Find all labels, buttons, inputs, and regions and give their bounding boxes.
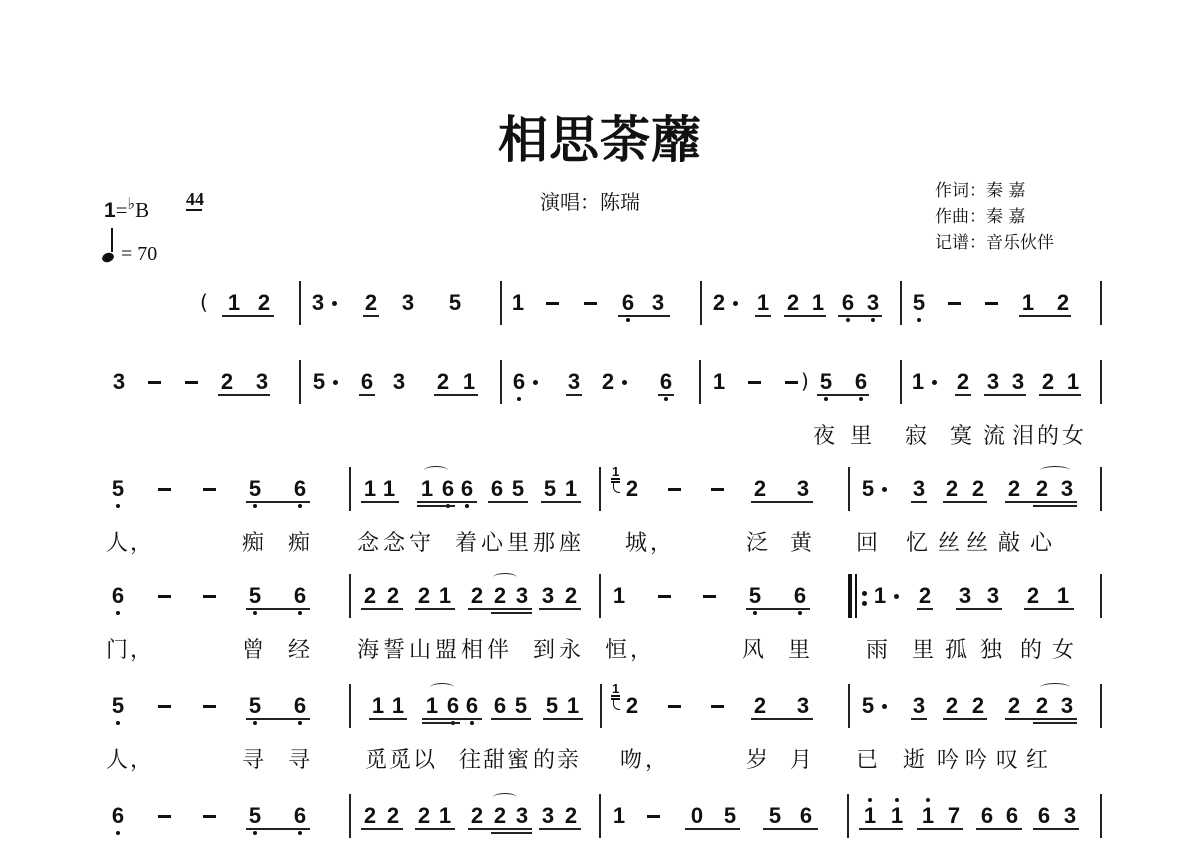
lyric-char: 门 <box>106 633 128 664</box>
tempo-marking: = 70 <box>102 236 157 266</box>
note-digit: 5 <box>313 369 325 394</box>
note-digit: 6 <box>800 803 812 828</box>
beam-underline <box>955 394 971 396</box>
credits: 作词：秦 嘉 作曲：秦 嘉 记谱：音乐伙伴 <box>935 178 1054 256</box>
barline <box>349 574 351 618</box>
note: 2 <box>1034 478 1050 500</box>
note-digit: 6 <box>112 803 124 828</box>
lyric-char: 寻 <box>288 743 310 774</box>
beam-underline <box>361 608 403 610</box>
extension-dash <box>185 381 198 384</box>
note-digit: 3 <box>1061 476 1073 501</box>
note-digit: 5 <box>112 693 124 718</box>
note-digit: 5 <box>546 693 558 718</box>
lower-octave-dot <box>116 504 120 508</box>
time-sig-bottom: 4 <box>195 189 204 209</box>
note-digit: 2 <box>1008 693 1020 718</box>
lower-octave-dot <box>470 721 474 725</box>
lyric-char: 风 <box>742 633 764 664</box>
note-digit: 2 <box>258 290 270 315</box>
note-digit: 6 <box>461 476 473 501</box>
lyric-char: 月 <box>790 743 812 774</box>
lower-octave-dot <box>298 504 302 508</box>
note: 5 <box>247 585 263 607</box>
note: 2 <box>944 695 960 717</box>
beam-underline <box>859 828 903 830</box>
lyric-char: 觅 <box>365 743 387 774</box>
note: 6 <box>1036 805 1052 827</box>
note: 1 <box>910 371 926 393</box>
lyric-char: ， <box>630 633 652 664</box>
augmentation-dot <box>622 380 627 385</box>
note: 2 <box>1006 478 1022 500</box>
note: 6 <box>979 805 995 827</box>
note: 2 <box>492 585 508 607</box>
grace-beam <box>611 695 620 697</box>
lyric-char: 的 <box>533 743 555 774</box>
note-digit: 1 <box>512 290 524 315</box>
lower-octave-dot <box>253 504 257 508</box>
note: 2 <box>970 695 986 717</box>
note-digit: 5 <box>249 803 261 828</box>
note: 3 <box>795 695 811 717</box>
key-tonic: 1 <box>104 199 116 222</box>
note: 2 <box>563 805 579 827</box>
repeat-start-thick-bar <box>848 574 852 618</box>
note-digit: 5 <box>862 693 874 718</box>
slur-arc <box>1040 683 1070 692</box>
lyric-char: 流 <box>983 419 1005 450</box>
note: 2 <box>970 478 986 500</box>
note: 6 <box>620 292 636 314</box>
note: 3 <box>957 585 973 607</box>
beam-underline <box>415 608 455 610</box>
note-digit: 1 <box>383 476 395 501</box>
note-digit: 5 <box>544 476 556 501</box>
lower-octave-dot <box>626 318 630 322</box>
barline <box>599 467 601 511</box>
note-digit: 6 <box>622 290 634 315</box>
note-digit: 1 <box>713 369 725 394</box>
time-signature: 44 <box>186 190 204 208</box>
note: 1 <box>810 292 826 314</box>
lower-octave-dot <box>859 397 863 401</box>
lower-octave-dot <box>846 318 850 322</box>
lyric-char: 以 <box>413 743 435 774</box>
note: 5 <box>447 292 463 314</box>
lyric-char: 丝 <box>938 526 960 557</box>
lyric-char: 夜 <box>813 419 835 450</box>
note-digit: 5 <box>820 369 832 394</box>
note: 2 <box>362 585 378 607</box>
beam-underline <box>751 718 813 720</box>
grace-digit: 1 <box>612 464 619 479</box>
note-digit: 2 <box>565 803 577 828</box>
note-digit: 1 <box>439 583 451 608</box>
note: 1 <box>1055 585 1071 607</box>
note: 2 <box>563 585 579 607</box>
beam-underline <box>222 315 274 317</box>
beam-underline <box>817 394 869 396</box>
beam-underline <box>246 828 310 830</box>
lyric-char: 黄 <box>790 526 812 557</box>
barline <box>699 360 701 404</box>
note: 6 <box>840 292 856 314</box>
lyric-char: 永 <box>559 633 581 664</box>
lyric-char: 吟 <box>937 743 959 774</box>
note-digit: 5 <box>913 290 925 315</box>
lyric-char: 山 <box>409 633 431 664</box>
note-digit: 2 <box>946 693 958 718</box>
note-digit: 2 <box>1027 583 1039 608</box>
note: 2 <box>752 478 768 500</box>
lyric-char: 寂 <box>905 419 927 450</box>
note-digit: 1 <box>392 693 404 718</box>
note: 6 <box>110 585 126 607</box>
barline <box>847 794 849 838</box>
note-digit: 1 <box>567 693 579 718</box>
lower-octave-dot <box>753 611 757 615</box>
note-digit: 3 <box>913 476 925 501</box>
upper-octave-dot <box>895 798 899 802</box>
note-digit: 2 <box>471 583 483 608</box>
augmentation-dot <box>333 380 338 385</box>
lyric-char: 敲 <box>998 526 1020 557</box>
upper-octave-dot <box>868 798 872 802</box>
note-digit: 1 <box>1022 290 1034 315</box>
note-digit: 6 <box>447 693 459 718</box>
note-digit: 2 <box>972 476 984 501</box>
extension-dash <box>584 302 597 305</box>
barline <box>299 281 301 325</box>
lyric-char: 女 <box>1062 419 1084 450</box>
note: 3 <box>540 585 556 607</box>
grace-slur <box>613 483 620 493</box>
lyric-char: 的 <box>1020 633 1042 664</box>
note: 5 <box>513 695 529 717</box>
note-digit: 5 <box>515 693 527 718</box>
note: 2 <box>1055 292 1071 314</box>
note: 5 <box>247 695 263 717</box>
note: 1 <box>390 695 406 717</box>
beam-underline <box>543 718 583 720</box>
note: 5 <box>767 805 783 827</box>
extension-dash <box>948 302 961 305</box>
note: 5 <box>247 805 263 827</box>
note-digit: 1 <box>922 803 934 828</box>
grace-slur <box>613 700 620 710</box>
note: 1 <box>424 695 440 717</box>
beam-underline <box>1024 608 1074 610</box>
beam-underline <box>976 828 1022 830</box>
note-digit: 2 <box>221 369 233 394</box>
barline <box>900 360 902 404</box>
note: 2 <box>385 585 401 607</box>
beam-underline <box>917 828 963 830</box>
note: 1 <box>437 585 453 607</box>
note-digit: 3 <box>568 369 580 394</box>
note-digit: 3 <box>542 583 554 608</box>
note: 2 <box>416 585 432 607</box>
beam-underline <box>763 828 818 830</box>
quarter-note-stem <box>111 228 113 252</box>
note: 6 <box>440 478 456 500</box>
note: 3 <box>865 292 881 314</box>
note-digit: 3 <box>1061 693 1073 718</box>
note-digit: 2 <box>565 583 577 608</box>
note: 2 <box>1034 695 1050 717</box>
note-digit: 2 <box>1008 476 1020 501</box>
beam-underline <box>917 608 933 610</box>
note: 2 <box>363 292 379 314</box>
beam-underline <box>746 608 810 610</box>
beam-underline <box>361 828 403 830</box>
note-digit: 3 <box>402 290 414 315</box>
note: 3 <box>111 371 127 393</box>
slur-arc <box>493 573 517 582</box>
lyric-char: 里 <box>507 526 529 557</box>
lyric-char: 已 <box>856 743 878 774</box>
beam-underline <box>415 828 455 830</box>
lyric-char: 寞 <box>950 419 972 450</box>
note-digit: 1 <box>421 476 433 501</box>
extension-dash <box>546 302 559 305</box>
note: 5 <box>311 371 327 393</box>
beam-underline <box>1033 828 1079 830</box>
note-digit: 3 <box>987 583 999 608</box>
repeat-dot <box>862 601 867 606</box>
note: 1 <box>711 371 727 393</box>
note-digit: 6 <box>513 369 525 394</box>
tempo-value: = 70 <box>121 243 157 265</box>
beam-underline <box>468 828 532 830</box>
note: 2 <box>1025 585 1041 607</box>
note-digit: 1 <box>1067 369 1079 394</box>
note: 5 <box>510 478 526 500</box>
lower-octave-dot <box>253 611 257 615</box>
note-digit: 2 <box>972 693 984 718</box>
grace-beam <box>611 478 620 480</box>
lyric-char: 泪 <box>1012 419 1034 450</box>
beam-underline <box>1005 718 1077 720</box>
note: 3 <box>985 371 1001 393</box>
note: 5 <box>110 478 126 500</box>
note: 2 <box>492 805 508 827</box>
lyric-char: 回 <box>856 526 878 557</box>
lower-octave-dot <box>517 397 521 401</box>
lyric-char: 往 <box>459 743 481 774</box>
lower-octave-dot <box>116 611 120 615</box>
beam-underline <box>751 501 813 503</box>
note-digit: 3 <box>256 369 268 394</box>
lyric-char: 的 <box>1037 419 1059 450</box>
note: 2 <box>256 292 272 314</box>
note: 2 <box>469 585 485 607</box>
note-digit: 2 <box>387 803 399 828</box>
note-digit: 6 <box>855 369 867 394</box>
beam-underline <box>488 501 528 503</box>
note: 1 <box>611 585 627 607</box>
barline <box>600 684 602 728</box>
note: 1 <box>461 371 477 393</box>
note: 2 <box>624 695 640 717</box>
note: 6 <box>292 695 308 717</box>
note: 5 <box>818 371 834 393</box>
note: 3 <box>310 292 326 314</box>
lyric-char: ， <box>650 526 672 557</box>
lyric-char: 痴 <box>288 526 310 557</box>
beam-underline <box>658 394 674 396</box>
note: 5 <box>911 292 927 314</box>
note: 6 <box>792 585 808 607</box>
note-digit: 3 <box>987 369 999 394</box>
note-digit: 5 <box>862 476 874 501</box>
note: 1 <box>381 478 397 500</box>
note-digit: 1 <box>372 693 384 718</box>
note-digit: 3 <box>113 369 125 394</box>
note: 1 <box>862 805 878 827</box>
note-digit: 6 <box>466 693 478 718</box>
note-digit: 3 <box>867 290 879 315</box>
augmentation-dot <box>733 301 738 306</box>
lyric-char: 吟 <box>965 743 987 774</box>
note-digit: 6 <box>442 476 454 501</box>
note: 1 <box>362 478 378 500</box>
note: 1 <box>872 585 888 607</box>
extension-dash <box>668 705 681 708</box>
note: 5 <box>747 585 763 607</box>
lyricist-label: 作词：秦 嘉 <box>935 178 1054 204</box>
barline <box>1100 281 1102 325</box>
beam-underline <box>417 501 477 503</box>
note-digit: 6 <box>112 583 124 608</box>
note-digit: 2 <box>626 693 638 718</box>
note: 3 <box>540 805 556 827</box>
repeat-start-thin-bar <box>855 574 857 618</box>
key-letter: B <box>135 198 149 222</box>
note-digit: 2 <box>365 290 377 315</box>
extension-dash <box>647 815 660 818</box>
note: 2 <box>785 292 801 314</box>
note-digit: 1 <box>864 803 876 828</box>
beam-underline <box>984 394 1026 396</box>
lower-octave-dot <box>824 397 828 401</box>
flat-icon: ♭ <box>128 196 136 213</box>
lyric-char: 蜜 <box>507 743 529 774</box>
note-digit: 6 <box>1006 803 1018 828</box>
lyric-char: 心 <box>1030 526 1052 557</box>
note: 2 <box>1006 695 1022 717</box>
beam-underline <box>784 315 826 317</box>
note-digit: 1 <box>1057 583 1069 608</box>
note: 3 <box>1059 478 1075 500</box>
beam-underline <box>1039 394 1081 396</box>
note-digit: 2 <box>787 290 799 315</box>
lower-octave-dot <box>298 831 302 835</box>
note-digit: 2 <box>602 369 614 394</box>
note: 6 <box>658 371 674 393</box>
note: 1 <box>419 478 435 500</box>
beam-underline <box>1019 315 1071 317</box>
note: 1 <box>611 805 627 827</box>
beam-underline <box>361 501 399 503</box>
note-digit: 2 <box>1036 693 1048 718</box>
note: 5 <box>860 478 876 500</box>
lyric-char: ， <box>645 743 667 774</box>
note: 1 <box>437 805 453 827</box>
transcriber-label: 记谱：音乐伙伴 <box>935 230 1054 256</box>
beam-underline <box>943 718 987 720</box>
note-digit: 3 <box>542 803 554 828</box>
note: 3 <box>1059 695 1075 717</box>
note-digit: 1 <box>439 803 451 828</box>
slur-arc <box>424 466 448 475</box>
note: 2 <box>1040 371 1056 393</box>
extension-dash <box>203 815 216 818</box>
slur-arc <box>493 793 517 802</box>
note-digit: 2 <box>418 583 430 608</box>
extension-dash <box>203 595 216 598</box>
note: 1 <box>510 292 526 314</box>
lyric-char: 雨 <box>866 633 888 664</box>
note-digit: 3 <box>312 290 324 315</box>
note-digit: 2 <box>957 369 969 394</box>
lyric-char: 泛 <box>746 526 768 557</box>
note-digit: 2 <box>437 369 449 394</box>
augmentation-dot <box>882 704 887 709</box>
note-digit: 1 <box>757 290 769 315</box>
lyric-char: 人 <box>106 743 128 774</box>
lower-octave-dot <box>116 831 120 835</box>
note-digit: 2 <box>1057 290 1069 315</box>
beam-underline <box>218 394 270 396</box>
note-digit: 1 <box>812 290 824 315</box>
note: 3 <box>514 805 530 827</box>
note-digit: 0 <box>691 803 703 828</box>
augmentation-dot <box>882 487 887 492</box>
note: 1 <box>889 805 905 827</box>
barline <box>848 467 850 511</box>
lyric-char: 经 <box>288 633 310 664</box>
beam-underline <box>246 501 310 503</box>
note-digit: 2 <box>387 583 399 608</box>
note-digit: 6 <box>794 583 806 608</box>
slur-arc <box>430 683 454 692</box>
note-digit: 3 <box>1064 803 1076 828</box>
lyric-char: 那 <box>533 526 555 557</box>
lyric-char: 逝 <box>903 743 925 774</box>
lyric-char: ， <box>130 743 152 774</box>
beam-underline <box>363 315 379 317</box>
note: 1 <box>563 478 579 500</box>
lyric-char: 红 <box>1026 743 1048 774</box>
note-digit: 2 <box>1042 369 1054 394</box>
note-digit: 2 <box>494 803 506 828</box>
lyric-char: 叹 <box>996 743 1018 774</box>
beam-underline <box>246 718 310 720</box>
note-digit: 5 <box>512 476 524 501</box>
note-digit: 1 <box>613 583 625 608</box>
note: 1 <box>370 695 386 717</box>
extension-dash <box>158 595 171 598</box>
note: 6 <box>853 371 869 393</box>
note-digit: 3 <box>652 290 664 315</box>
note: 6 <box>492 695 508 717</box>
lyric-char: 着 <box>455 526 477 557</box>
extension-dash <box>658 595 671 598</box>
note: 2 <box>600 371 616 393</box>
lyric-char: 人 <box>106 526 128 557</box>
